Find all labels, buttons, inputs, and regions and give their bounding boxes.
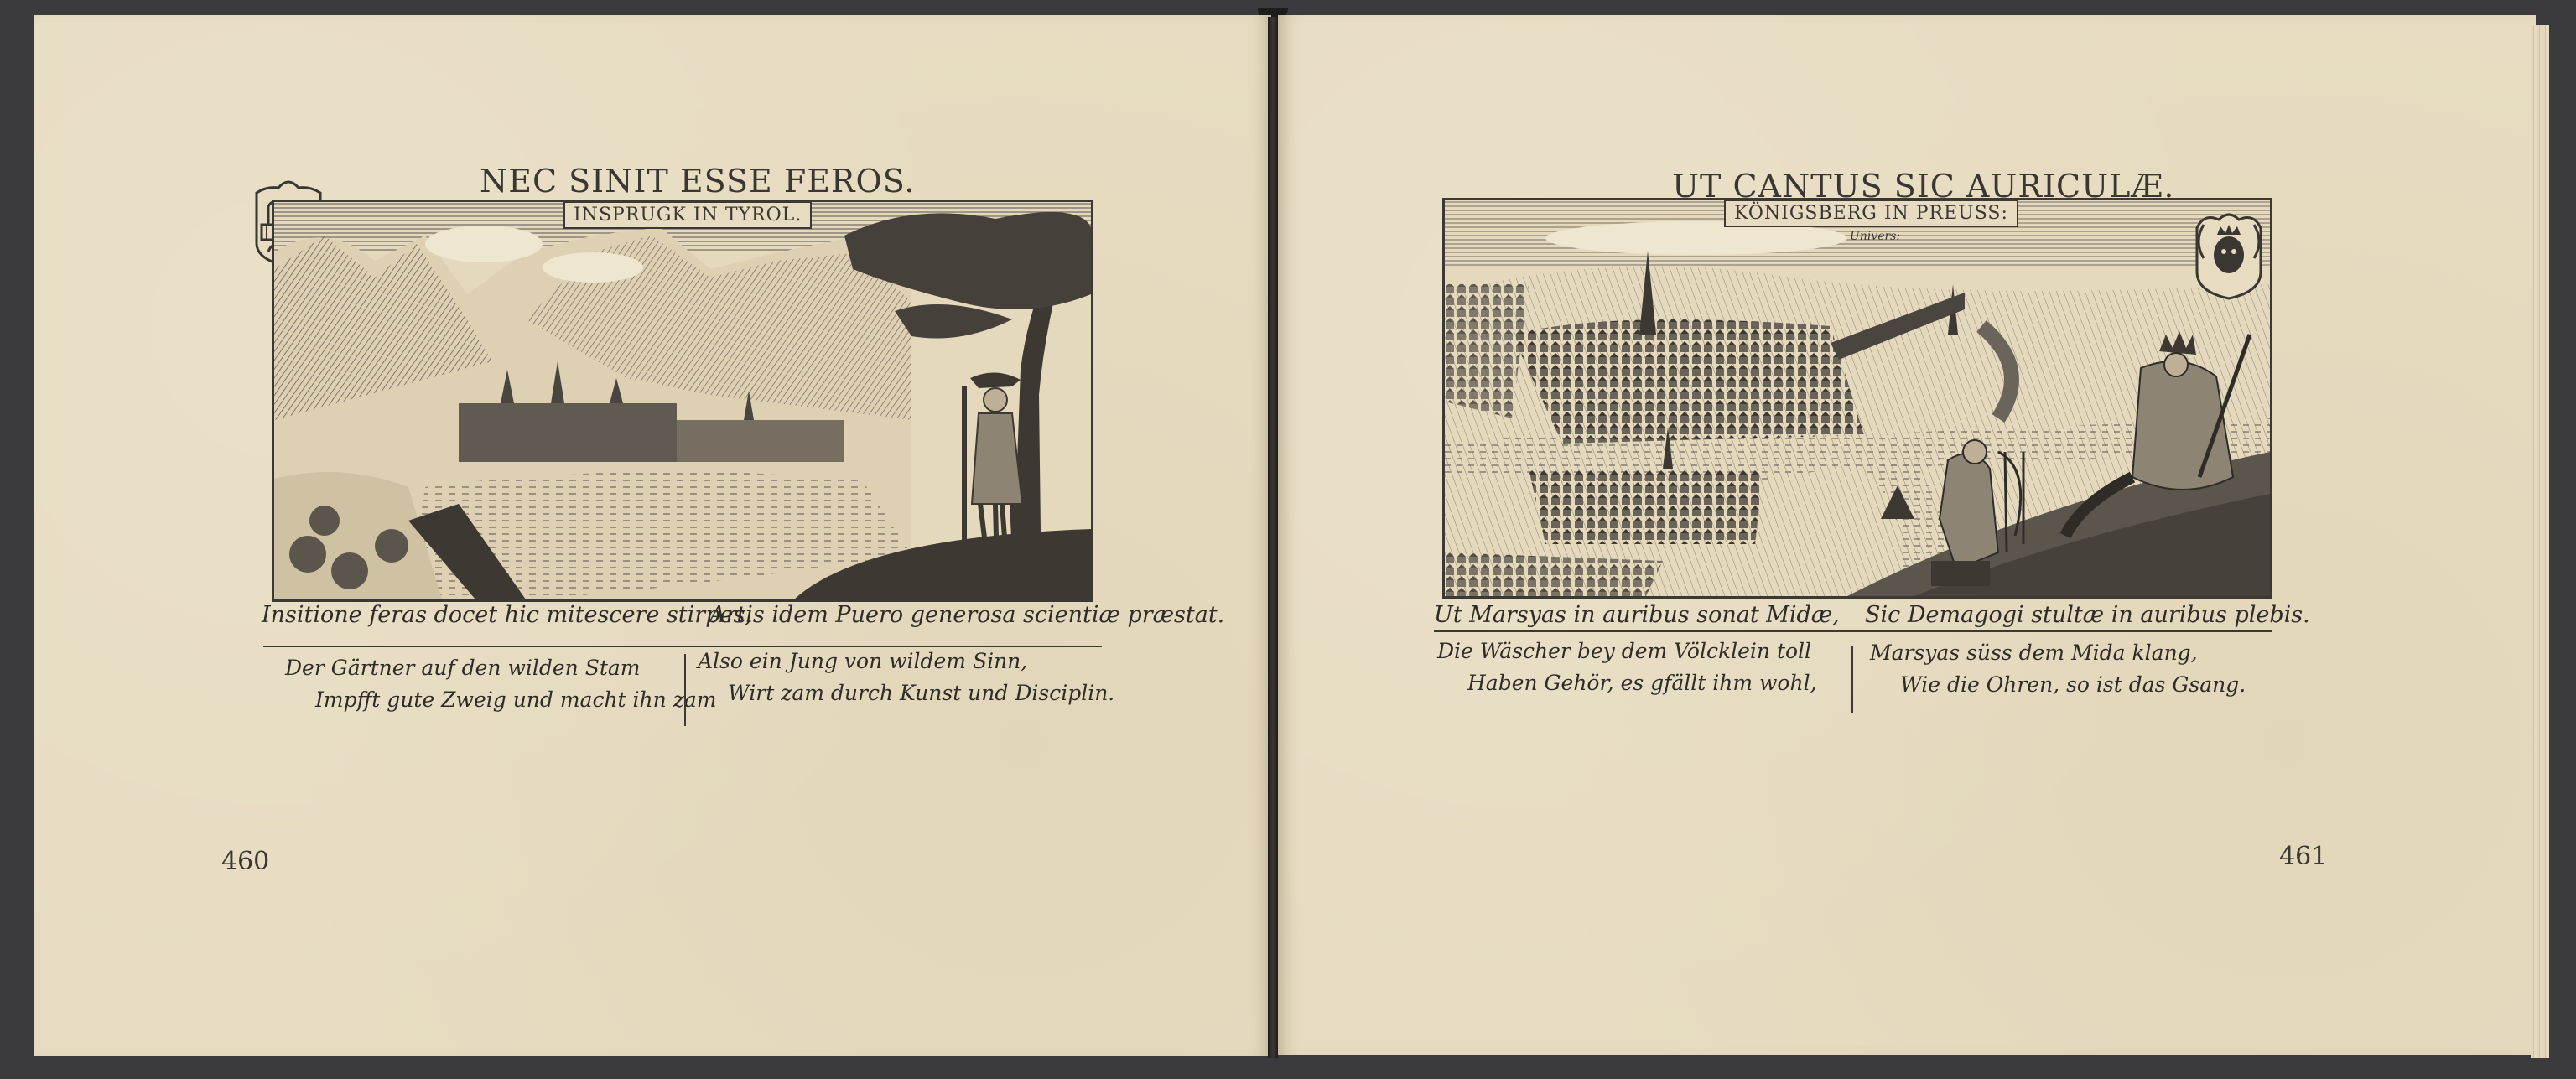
konigsberg-engraving — [1442, 198, 2272, 599]
left-verse-divider — [684, 654, 686, 726]
page-edges — [2531, 25, 2549, 1058]
right-engraving-title: KÖNIGSBERG IN PREUSS: — [1724, 200, 2018, 227]
right-verse-left: Die Wäscher bey dem Völcklein toll Haben… — [1437, 635, 1817, 699]
verse-line: Der Gärtner auf den wilden Stam — [285, 652, 716, 684]
page-number-left: 460 — [221, 847, 269, 876]
verse-line: Wirt zam durch Kunst und Disciplin. — [698, 677, 1114, 709]
right-latin-caption-right: Sic Demagogi stultæ in auribus plebis. — [1865, 602, 2310, 628]
right-verse-right: Marsyas süss dem Mida klang, Wie die Ohr… — [1870, 637, 2246, 701]
verse-line: Impfft gute Zweig und macht ihn zam — [285, 684, 716, 716]
right-page: UT CANTUS SIC AURICULÆ. — [1278, 15, 2536, 1055]
innsbruck-engraving — [272, 200, 1093, 602]
left-engraving-title: INSPRUGK IN TYROL. — [563, 201, 812, 229]
book-gutter — [1268, 17, 1278, 1058]
left-verse-right: Also ein Jung von wildem Sinn, Wirt zam … — [698, 646, 1114, 709]
verse-line: Haben Gehör, es gfällt ihm wohl, — [1437, 667, 1817, 699]
right-verse-divider — [1851, 646, 1853, 713]
verse-line: Wie die Ohren, so ist das Gsang. — [1870, 669, 2246, 701]
right-latin-caption-left: Ut Marsyas in auribus sonat Midæ, — [1434, 602, 1840, 628]
book-spread: NEC SINIT ESSE FEROS. — [0, 0, 2576, 1079]
verse-line: Also ein Jung von wildem Sinn, — [698, 646, 1114, 677]
left-latin-caption-left: Insitione feras docet hic mitescere stir… — [262, 602, 752, 628]
verse-line: Die Wäscher bey dem Völcklein toll — [1437, 635, 1817, 667]
right-divider-rule — [1434, 630, 2272, 632]
left-motto: NEC SINIT ESSE FEROS. — [480, 163, 915, 200]
left-latin-caption-right: Artis idem Puero generosa scientiæ præst… — [709, 602, 1224, 628]
verse-line: Marsyas süss dem Mida klang, — [1870, 637, 2246, 669]
university-label: Univers: — [1850, 230, 1900, 243]
page-number-right: 461 — [2279, 842, 2327, 871]
left-page: NEC SINIT ESSE FEROS. — [34, 15, 1271, 1056]
konigsberg-crowned-head-crest-icon — [2190, 208, 2267, 300]
left-verse-left: Der Gärtner auf den wilden Stam Impfft g… — [285, 652, 716, 716]
